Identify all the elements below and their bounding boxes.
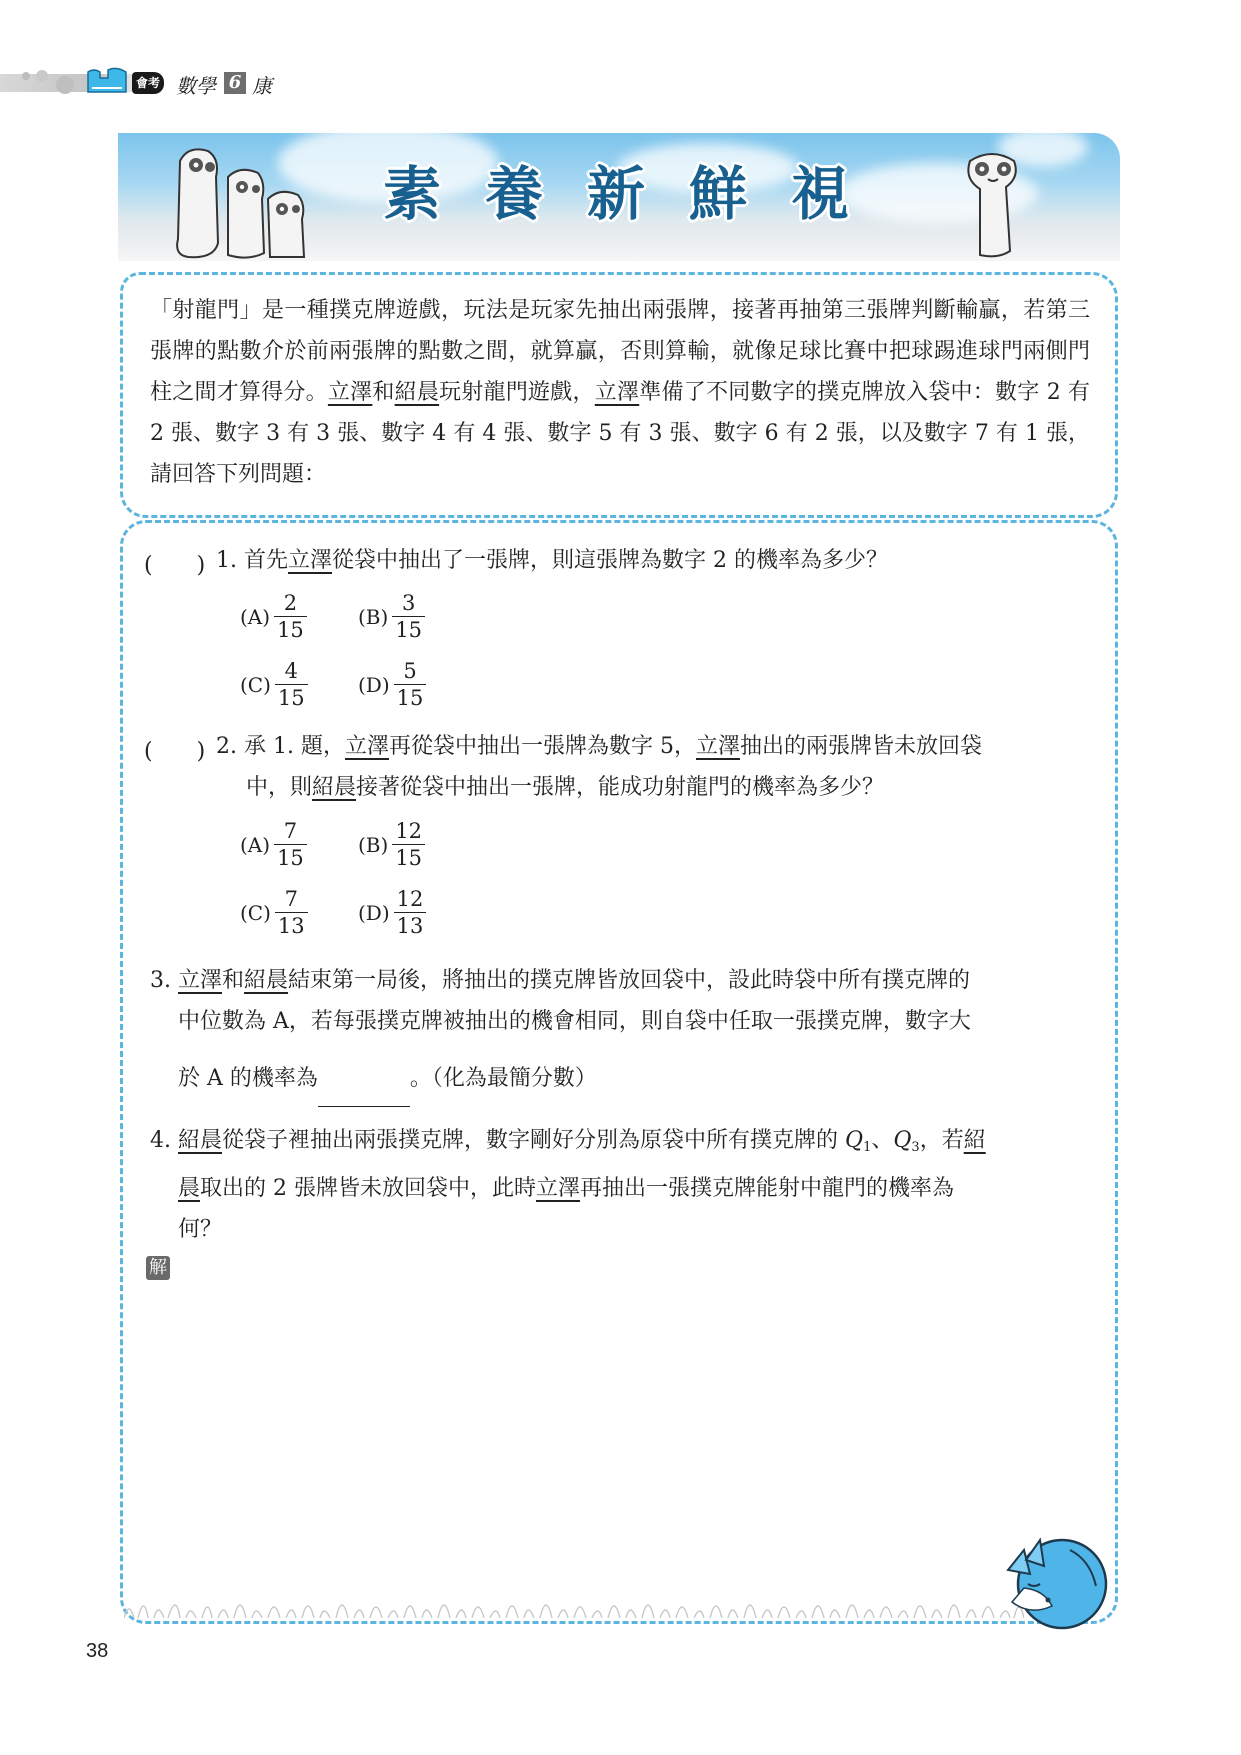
banner-title-char: 視 (791, 147, 849, 231)
book-logo-icon (86, 66, 128, 96)
q2-stem: 2. 承 1. 題，立澤再從袋中抽出一張牌為數字 5，立澤抽出的兩張牌皆未放回袋… (216, 726, 1096, 808)
person-name: 立澤 (595, 380, 639, 405)
fraction: 1213 (394, 886, 427, 939)
q1-answer-blank[interactable]: ( ) (144, 548, 205, 579)
page-number: 38 (86, 1640, 108, 1663)
q2-answer-blank[interactable]: ( ) (144, 734, 205, 765)
person-name: 紹晨 (244, 968, 288, 993)
person-name: 紹晨 (395, 380, 439, 405)
person-name: 立澤 (536, 1176, 580, 1201)
person-name: 立澤 (696, 734, 740, 759)
q2-option-c[interactable]: (C) 713 (240, 886, 308, 939)
fraction: 715 (274, 818, 307, 871)
fraction: 515 (394, 658, 427, 711)
fraction: 1215 (392, 818, 425, 871)
person-name: 紹 (964, 1128, 986, 1153)
banner-title-char: 養 (485, 147, 543, 231)
q2-option-d[interactable]: (D) 1213 (358, 886, 426, 939)
q1-option-a[interactable]: (A) 215 (240, 590, 307, 643)
grass-decoration (124, 1590, 1024, 1618)
header-brand-badge: 會考 (132, 72, 164, 94)
person-name: 紹晨 (312, 775, 356, 800)
solution-badge: 解 (146, 1256, 170, 1280)
q2-option-b[interactable]: (B) 1215 (358, 818, 425, 871)
q3-answer-blank[interactable] (318, 1106, 410, 1107)
banner-title: 素 養 新 鮮 視 (383, 147, 849, 231)
header-grade-badge: 6 (224, 72, 246, 94)
meerkat-illustration (958, 147, 1028, 259)
header-subject: 數學 (176, 70, 216, 99)
meerkat-group-illustration (158, 143, 358, 261)
intro-paragraph: 「射龍門」是一種撲克牌遊戲，玩法是玩家先抽出兩張牌，接著再抽第三張牌判斷輸贏，若… (150, 290, 1090, 495)
person-name: 立澤 (178, 968, 222, 993)
q1-option-b[interactable]: (B) 315 (358, 590, 425, 643)
fraction: 415 (275, 658, 308, 711)
banner-title-char: 新 (587, 147, 645, 231)
person-name: 立澤 (345, 734, 389, 759)
section-banner: 素 養 新 鮮 視 (118, 133, 1120, 261)
fraction: 215 (274, 590, 307, 643)
person-name: 晨 (178, 1176, 200, 1201)
q4-stem: 4. 紹晨從袋子裡抽出兩張撲克牌，數字剛好分別為原袋中所有撲克牌的 Q1、Q3，… (150, 1120, 1100, 1250)
fraction: 713 (275, 886, 308, 939)
fraction: 315 (392, 590, 425, 643)
q3-stem: 3. 立澤和紹晨結束第一局後，將抽出的撲克牌皆放回袋中，設此時袋中所有撲克牌的 … (150, 960, 1100, 1099)
q1-option-c[interactable]: (C) 415 (240, 658, 308, 711)
banner-title-char: 素 (383, 147, 441, 231)
person-name: 立澤 (288, 548, 332, 573)
header-version: 康 (252, 70, 272, 99)
person-name: 紹晨 (178, 1128, 222, 1153)
q1-stem: 1. 首先立澤從袋中抽出了一張牌，則這張牌為數字 2 的機率為多少？ (216, 540, 888, 581)
q2-option-a[interactable]: (A) 715 (240, 818, 307, 871)
q1-option-d[interactable]: (D) 515 (358, 658, 426, 711)
sleeping-fox-illustration (1000, 1530, 1112, 1630)
person-name: 立澤 (328, 380, 372, 405)
banner-title-char: 鮮 (689, 147, 747, 231)
